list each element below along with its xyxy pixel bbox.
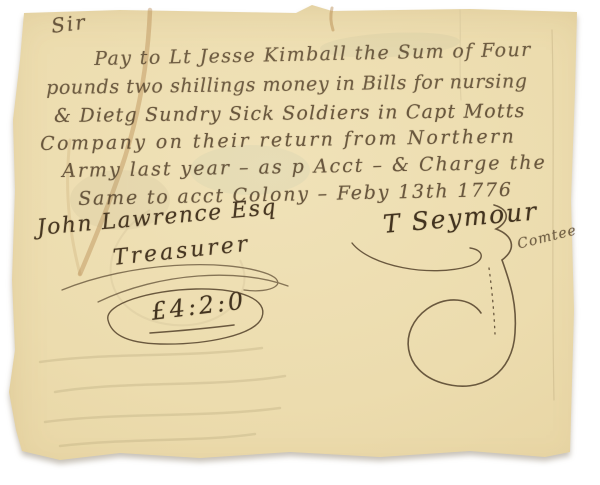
salutation: Sir — [50, 12, 88, 36]
manuscript-photo: Sir Pay to Lt Jesse Kimball the Sum of F… — [0, 0, 600, 485]
manuscript-line: & Dietg Sundry Sick Soldiers in Capt Mot… — [54, 102, 526, 126]
